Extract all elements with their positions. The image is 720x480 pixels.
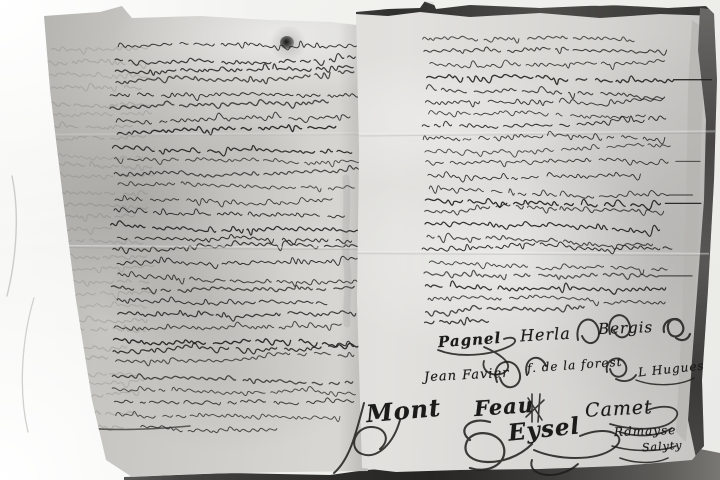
signature: Herla xyxy=(520,324,572,346)
signature-block: PagnelHerlaBergisJean Favierf. de la for… xyxy=(0,0,720,480)
manuscript-photo: PagnelHerlaBergisJean Favierf. de la for… xyxy=(0,0,720,480)
signature: Feau xyxy=(473,392,535,421)
signature: Camet xyxy=(584,396,653,422)
signature: Pagnel xyxy=(437,329,501,351)
signature: Rdmayse xyxy=(614,423,677,439)
signature: Jean Favier xyxy=(424,366,510,385)
signature: L Hugues xyxy=(637,359,705,380)
signature: Salyty xyxy=(642,439,683,455)
signature: f. de la forest xyxy=(527,355,623,376)
signature: Mont xyxy=(365,393,442,428)
signature: Bergis xyxy=(598,318,654,338)
